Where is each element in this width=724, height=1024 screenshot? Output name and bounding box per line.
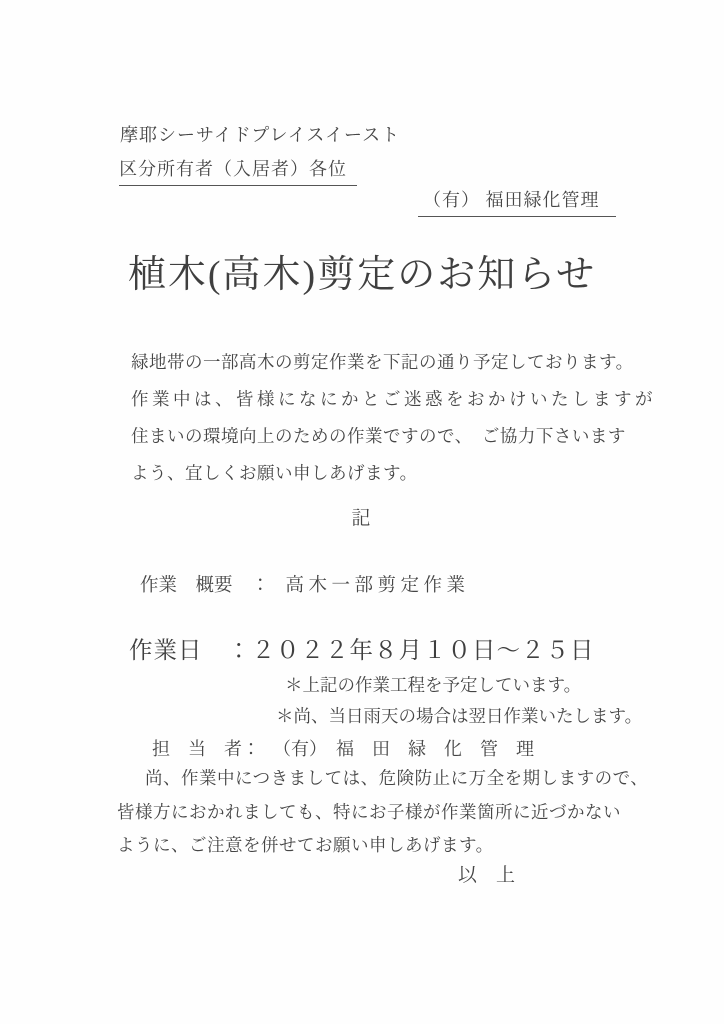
- addressee-residents: 区分所有者（入居者）各位: [119, 155, 357, 186]
- caution-line-3: ように、ご注意を併せてお願い申しあげます。: [117, 829, 648, 863]
- work-summary-row: 作業 概要 ：高木一部剪定作業: [140, 571, 470, 597]
- record-marker: 記: [0, 503, 724, 530]
- note-schedule: ＊上記の作業工程を予定しています。: [285, 672, 581, 697]
- caution-paragraph: 尚、作業中につきましては、危険防止に万全を期しますので、 皆様方におかれましても…: [117, 762, 648, 863]
- note-rain: ＊尚、当日雨天の場合は翌日作業いたします。: [276, 703, 642, 728]
- intro-line-2: 作業中は、皆様になにかとご迷惑をおかけいたしますが: [131, 381, 656, 418]
- sender-company: （有） 福田緑化管理: [418, 186, 616, 217]
- intro-line-4: よう、宜しくお願い申しあげます。: [131, 455, 656, 492]
- closing-marker: 以 上: [458, 860, 515, 887]
- intro-line-1: 緑地帯の一部高木の剪定作業を下記の通り予定しております。: [131, 344, 656, 381]
- staff-label: 担 当 者：: [152, 739, 260, 759]
- staff-value: （有） 福 田 緑 化 管 理: [282, 739, 534, 759]
- work-summary-label: 作業 概要 ：: [140, 576, 270, 596]
- caution-line-1: 尚、作業中につきましては、危険防止に万全を期しますので、: [117, 762, 648, 796]
- intro-line-3: 住まいの環境向上のための作業ですので、 ご協力下さいます: [131, 418, 656, 455]
- intro-paragraph: 緑地帯の一部高木の剪定作業を下記の通り予定しております。 作業中は、皆様になにか…: [131, 344, 656, 492]
- work-date-label: 作業日 ：: [129, 638, 252, 664]
- work-date-value: ２０２２年８月１０日～２５日: [252, 638, 595, 664]
- staff-row: 担 当 者：（有） 福 田 緑 化 管 理: [152, 735, 534, 761]
- addressee-building-name: 摩耶シーサイドプレイスイースト: [120, 121, 400, 147]
- scanned-notice-page: 摩耶シーサイドプレイスイースト 区分所有者（入居者）各位 （有） 福田緑化管理 …: [0, 0, 724, 1024]
- work-date-row: 作業日 ：２０２２年８月１０日～２５日: [129, 631, 595, 665]
- work-summary-value: 高木一部剪定作業: [286, 576, 470, 596]
- notice-title: 植木(高木)剪定のお知らせ: [0, 243, 724, 298]
- caution-line-2: 皆様方におかれましても、特にお子様が作業箇所に近づかない: [117, 796, 648, 830]
